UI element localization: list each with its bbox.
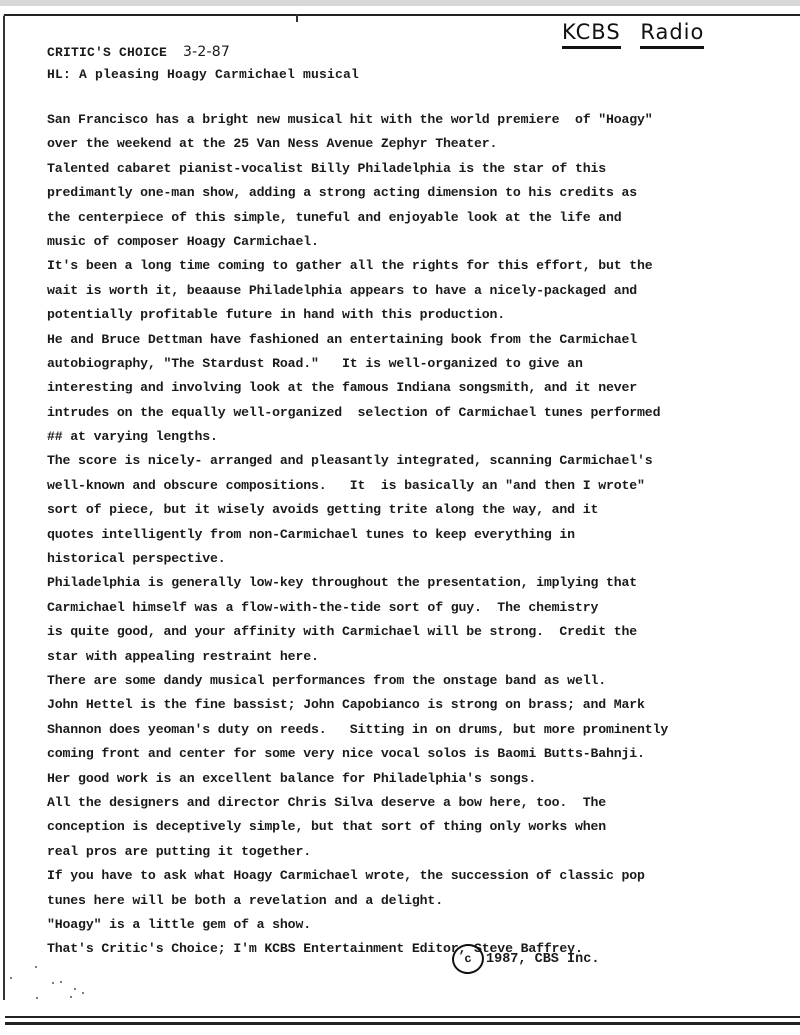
copyright-notice: c 1987, CBS Inc. (452, 944, 599, 974)
text-line: intrudes on the equally well-organized s… (47, 401, 777, 425)
text-line: wait is worth it, beaause Philadelphia a… (47, 279, 777, 303)
copyright-text: 1987, CBS Inc. (486, 952, 599, 967)
text-line: "Hoagy" is a little gem of a show. (47, 913, 777, 937)
text-line: sort of piece, but it wisely avoids gett… (47, 498, 777, 522)
text-line: quotes intelligently from non-Carmichael… (47, 523, 777, 547)
text-line: is quite good, and your affinity with Ca… (47, 620, 777, 644)
text-line: historical perspective. (47, 547, 777, 571)
text-line: It's been a long time coming to gather a… (47, 254, 777, 278)
text-line: All the designers and director Chris Sil… (47, 791, 777, 815)
text-line: San Francisco has a bright new musical h… (47, 108, 777, 132)
text-line: Talented cabaret pianist-vocalist Billy … (47, 157, 777, 181)
text-line: ## at varying lengths. (47, 425, 777, 449)
headline: HL: A pleasing Hoagy Carmichael musical (47, 67, 359, 82)
text-line: interesting and involving look at the fa… (47, 376, 777, 400)
text-line: over the weekend at the 25 Van Ness Aven… (47, 132, 777, 156)
review-body: San Francisco has a bright new musical h… (47, 108, 777, 962)
left-border-rule (3, 15, 5, 1000)
scan-specks (0, 960, 120, 1010)
scan-edge (0, 0, 800, 6)
text-line: If you have to ask what Hoagy Carmichael… (47, 864, 777, 888)
text-line: tunes here will be both a revelation and… (47, 889, 777, 913)
copyright-circle-icon: c (450, 942, 486, 976)
bottom-border-rule (5, 1016, 800, 1018)
text-line: potentially profitable future in hand wi… (47, 303, 777, 327)
text-line: the centerpiece of this simple, tuneful … (47, 206, 777, 230)
text-line: coming front and center for some very ni… (47, 742, 777, 766)
text-line: autobiography, "The Stardust Road." It i… (47, 352, 777, 376)
text-line: There are some dandy musical performance… (47, 669, 777, 693)
text-line: conception is deceptively simple, but th… (47, 815, 777, 839)
bottom-border-rule-thick (5, 1022, 800, 1025)
text-line: He and Bruce Dettman have fashioned an e… (47, 328, 777, 352)
text-line: Shannon does yeoman's duty on reeds. Sit… (47, 718, 777, 742)
document-title-line: CRITIC'S CHOICE 3-2-87 (47, 44, 230, 60)
text-line: Carmichael himself was a flow-with-the-t… (47, 596, 777, 620)
text-line: star with appealing restraint here. (47, 645, 777, 669)
text-line: The score is nicely- arranged and pleasa… (47, 449, 777, 473)
annotation-station: KCBS (562, 20, 621, 49)
text-line: well-known and obscure compositions. It … (47, 474, 777, 498)
annotation-medium: Radio (640, 20, 704, 49)
text-line: music of composer Hoagy Carmichael. (47, 230, 777, 254)
text-line: John Hettel is the fine bassist; John Ca… (47, 693, 777, 717)
top-border-rule (4, 14, 800, 16)
text-line: Philadelphia is generally low-key throug… (47, 571, 777, 595)
handwritten-annotation: KCBS Radio (562, 20, 716, 49)
text-line: predimantly one-man show, adding a stron… (47, 181, 777, 205)
document-date: 3-2-87 (183, 44, 230, 60)
border-tick-mark (296, 14, 298, 22)
text-line: real pros are putting it together. (47, 840, 777, 864)
text-line: That's Critic's Choice; I'm KCBS Enterta… (47, 937, 777, 961)
text-line: Her good work is an excellent balance fo… (47, 767, 777, 791)
document-title: CRITIC'S CHOICE (47, 45, 167, 60)
